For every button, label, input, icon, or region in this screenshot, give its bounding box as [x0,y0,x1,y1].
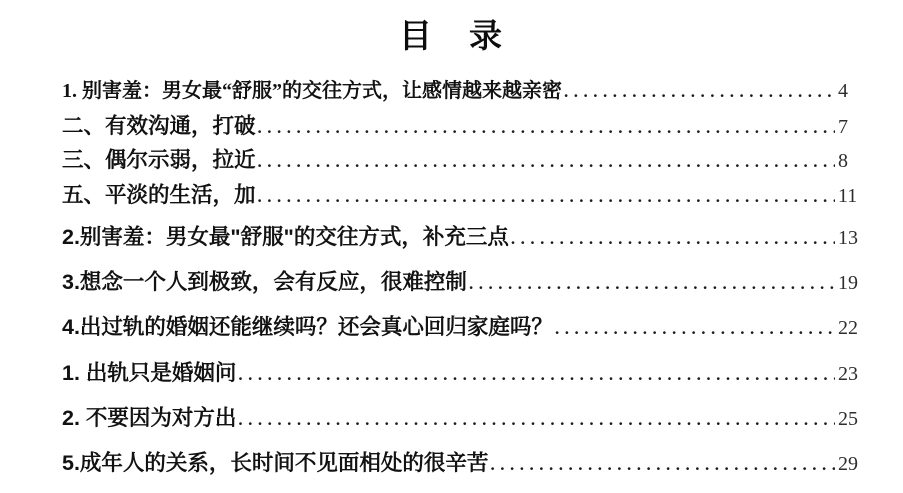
toc-entry-page: 11 [838,183,862,209]
toc-entry-title: 2. 不要因为对方出 [62,405,236,431]
toc-entry-title: 3.想念一个人到极致，会有反应，很难控制 [62,269,467,295]
dot-leader [258,184,835,210]
toc-entry-page: 4 [838,78,862,104]
toc-entry-page: 19 [838,270,862,296]
toc-entry[interactable]: 4.出过轨的婚姻还能继续吗？还会真心回归家庭吗？ 22 [62,314,862,342]
toc-entry-page: 8 [838,148,862,174]
toc-entry[interactable]: 3.想念一个人到极致，会有反应，很难控制 19 [62,269,862,297]
toc-entry[interactable]: 二、有效沟通，打破 7 [62,113,862,141]
dot-leader [490,452,835,478]
toc-entry-page: 7 [838,114,862,140]
toc-entry-page: 23 [838,361,862,387]
toc-entry[interactable]: 2. 不要因为对方出 25 [62,405,862,433]
toc-entry-page: 22 [838,315,862,341]
toc-entry-title: 2.别害羞：男女最"舒服"的交往方式，补充三点 [62,224,509,250]
toc-entry-page: 13 [838,225,862,251]
toc-entry[interactable]: 1. 别害羞：男女最“舒服”的交往方式，让感情越来越亲密 4 [62,78,862,105]
dot-leader [238,362,835,388]
toc-entry-title: 1. 出轨只是婚姻问 [62,360,236,386]
toc-entry[interactable]: 三、偶尔示弱，拉近 8 [62,147,862,175]
toc-entry-title: 5.成年人的关系，长时间不见面相处的很辛苦 [62,450,488,476]
toc-heading: 目 录 [0,16,903,56]
toc-entry-title: 二、有效沟通，打破 [62,113,256,139]
dot-leader [469,271,835,297]
toc-entry-page: 29 [838,451,862,477]
toc-entry-title: 五、平淡的生活，加 [62,182,256,208]
dot-leader [238,407,835,433]
dot-leader [258,115,835,141]
dot-leader [511,226,835,252]
toc-entry-page: 25 [838,406,862,432]
dot-leader [555,316,835,342]
dot-leader [564,79,835,105]
toc-entry-title: 三、偶尔示弱，拉近 [62,147,256,173]
toc-entry[interactable]: 五、平淡的生活，加 11 [62,182,862,210]
toc-entry-title: 1. 别害羞：男女最“舒服”的交往方式，让感情越来越亲密 [62,78,562,104]
toc-entry[interactable]: 5.成年人的关系，长时间不见面相处的很辛苦 29 [62,450,862,478]
toc-entry-title: 4.出过轨的婚姻还能继续吗？还会真心回归家庭吗？ [62,314,553,340]
toc-entry[interactable]: 1. 出轨只是婚姻问 23 [62,360,862,388]
dot-leader [258,149,835,175]
toc-entry[interactable]: 2.别害羞：男女最"舒服"的交往方式，补充三点 13 [62,224,862,252]
document-page: 目 录 1. 别害羞：男女最“舒服”的交往方式，让感情越来越亲密 4 二、有效沟… [0,0,903,493]
